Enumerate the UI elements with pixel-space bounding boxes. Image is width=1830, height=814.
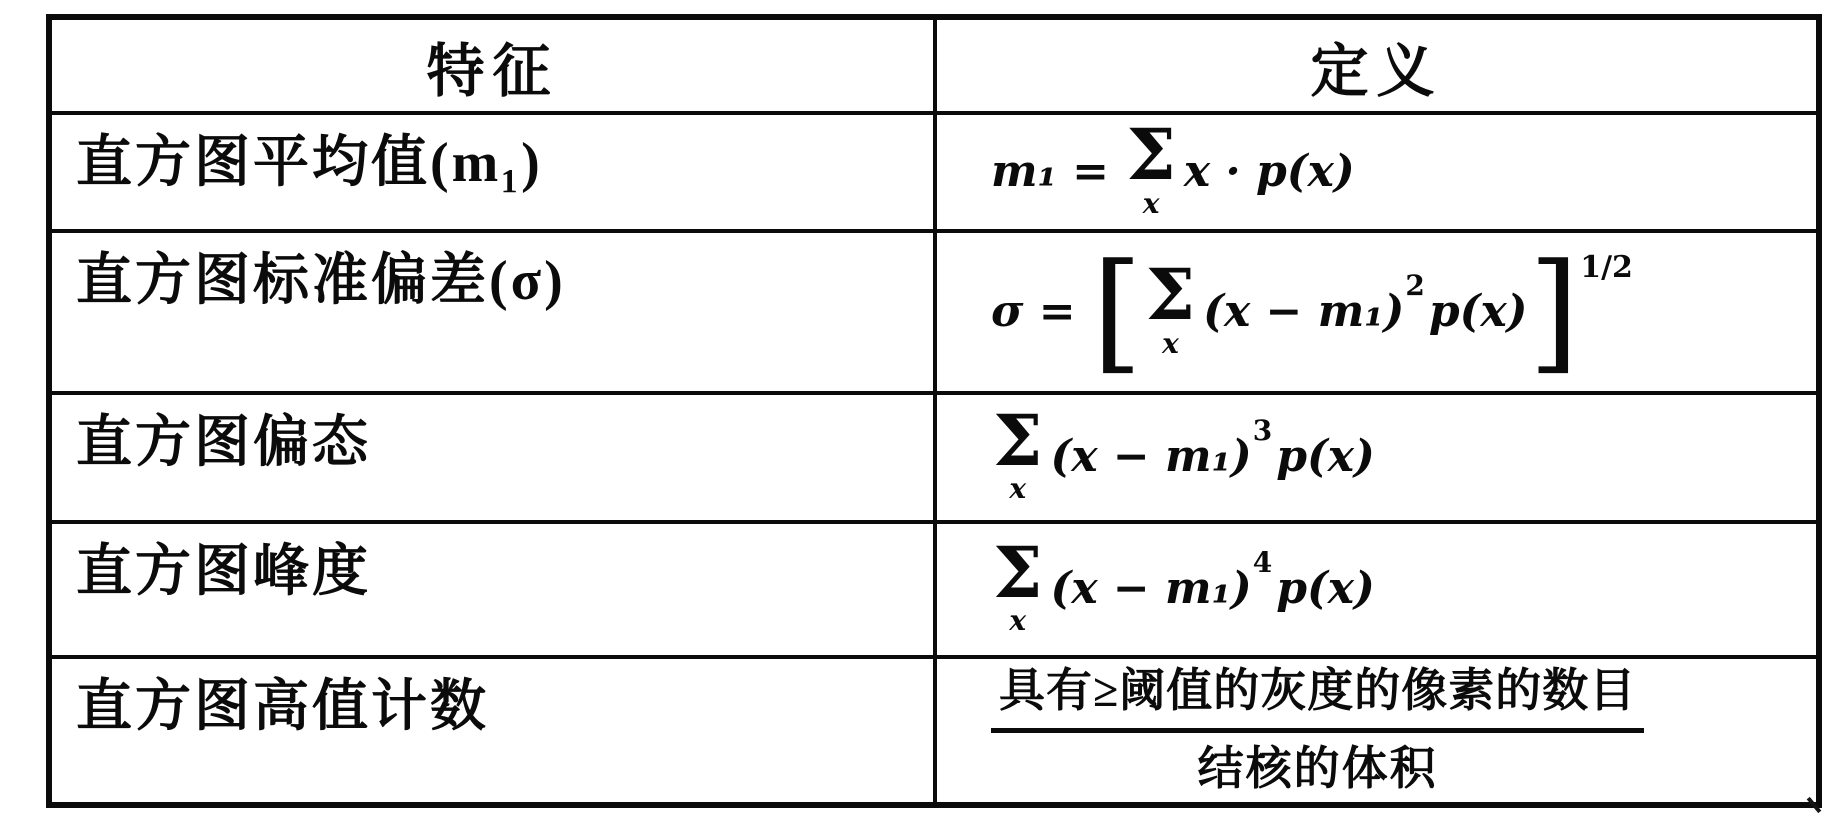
definition-cell: 具有≥阈值的灰度的像素的数目结核的体积 xyxy=(935,657,1819,805)
header-definition: 定义 xyxy=(935,17,1819,113)
sum-index: x xyxy=(1009,475,1026,503)
exponent: 4 xyxy=(1253,549,1272,577)
exponent: 2 xyxy=(1405,272,1424,300)
formula-text: x · p(x) xyxy=(1184,150,1355,194)
feature-label: 直方图高值计数 xyxy=(49,657,935,805)
formula-histogram-kurtosis: Σx(x − m₁)4p(x) xyxy=(991,544,1816,635)
formula-text: p(x) xyxy=(1429,290,1528,334)
formula-text: p(x) xyxy=(1276,435,1375,479)
sigma-glyph: Σ xyxy=(993,544,1043,601)
formula-text: σ = xyxy=(991,290,1091,334)
feature-label: 直方图标准偏差(σ) xyxy=(49,231,935,393)
header-feature: 特征 xyxy=(49,17,935,113)
table-row-histogram-stddev: 直方图标准偏差(σ) σ = [Σx(x − m₁)2p(x)]1/2 xyxy=(49,231,1819,393)
outer-exponent: 1/2 xyxy=(1580,253,1633,283)
fraction-numerator: 具有≥阈值的灰度的像素的数目 xyxy=(991,665,1644,733)
summation-symbol: Σx xyxy=(1126,126,1176,217)
sum-index: x xyxy=(1143,190,1160,218)
feature-label: 直方图平均值(m₁) xyxy=(49,113,935,231)
table-row-histogram-mean: 直方图平均值(m₁) m₁ = Σxx · p(x) xyxy=(49,113,1819,231)
formula-histogram-high-value-count: 具有≥阈值的灰度的像素的数目结核的体积 xyxy=(991,665,1816,796)
table-row-histogram-kurtosis: 直方图峰度 Σx(x − m₁)4p(x) xyxy=(49,522,1819,657)
formula-histogram-mean: m₁ = Σxx · p(x) xyxy=(991,126,1816,217)
fraction-denominator: 结核的体积 xyxy=(1198,733,1438,796)
definition-cell: m₁ = Σxx · p(x) xyxy=(935,113,1819,231)
feature-definition-table: 特征 定义 直方图平均值(m₁) m₁ = Σxx · p(x) 直方图标准偏差… xyxy=(46,14,1822,808)
summation-symbol: Σx xyxy=(993,412,1043,503)
table-row-histogram-high-value-count: 直方图高值计数 具有≥阈值的灰度的像素的数目结核的体积 xyxy=(49,657,1819,805)
table-header-row: 特征 定义 xyxy=(49,17,1819,113)
formula-histogram-skewness: Σx(x − m₁)3p(x) xyxy=(991,412,1816,503)
bracket: ] xyxy=(1529,265,1580,359)
feature-label: 直方图峰度 xyxy=(49,522,935,657)
sigma-glyph: Σ xyxy=(1126,126,1176,183)
formula-text: p(x) xyxy=(1276,567,1375,611)
formula-text: (x − m₁) xyxy=(1203,290,1404,334)
summation-symbol: Σx xyxy=(993,544,1043,635)
formula-histogram-stddev: σ = [Σx(x − m₁)2p(x)]1/2 xyxy=(991,265,1816,359)
sum-index: x xyxy=(1162,330,1179,358)
definition-cell: Σx(x − m₁)4p(x) xyxy=(935,522,1819,657)
bracket: [ xyxy=(1092,265,1143,359)
fraction: 具有≥阈值的灰度的像素的数目结核的体积 xyxy=(991,665,1644,796)
table-row-histogram-skewness: 直方图偏态 Σx(x − m₁)3p(x) xyxy=(49,393,1819,522)
definition-cell: Σx(x − m₁)3p(x) xyxy=(935,393,1819,522)
sigma-glyph: Σ xyxy=(1146,266,1196,323)
formula-text: m₁ = xyxy=(991,150,1124,194)
formula-text: (x − m₁) xyxy=(1051,435,1252,479)
summation-symbol: Σx xyxy=(1146,266,1196,357)
formula-text: (x − m₁) xyxy=(1051,567,1252,611)
sigma-glyph: Σ xyxy=(993,412,1043,469)
feature-label: 直方图偏态 xyxy=(49,393,935,522)
scanned-document-page: 特征 定义 直方图平均值(m₁) m₁ = Σxx · p(x) 直方图标准偏差… xyxy=(0,0,1830,814)
sum-index: x xyxy=(1009,607,1026,635)
exponent: 3 xyxy=(1253,417,1272,445)
definition-cell: σ = [Σx(x − m₁)2p(x)]1/2 xyxy=(935,231,1819,393)
